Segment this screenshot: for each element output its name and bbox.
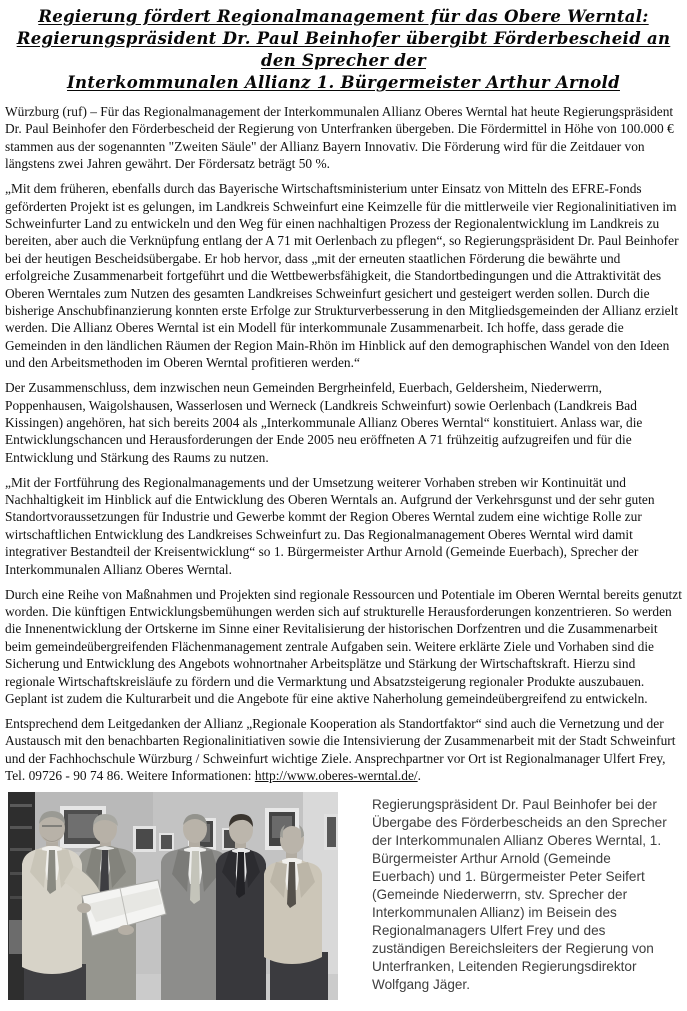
article-body: Würzburg (ruf) – Für das Regionalmanagem… — [5, 103, 682, 785]
paragraph-quote-beinhofer: „Mit dem früheren, ebenfalls durch das B… — [5, 180, 682, 371]
contact-suffix: . — [418, 768, 421, 783]
photo-caption: Regierungspräsident Dr. Paul Beinhofer b… — [372, 796, 677, 994]
paragraph-alliance-members: Der Zusammenschluss, dem inzwischen neun… — [5, 379, 682, 466]
title-line-3: Interkommunalen Allianz 1. Bürgermeister… — [5, 72, 682, 94]
website-link[interactable]: http://www.oberes-werntal.de/ — [255, 768, 418, 783]
paragraph-intro: Würzburg (ruf) – Für das Regionalmanagem… — [5, 103, 682, 173]
title-line-2: Regierungspräsident Dr. Paul Beinhofer ü… — [5, 28, 682, 72]
article-title: Regierung fördert Regionalmanagement für… — [5, 6, 682, 94]
figure-section: Regierungspräsident Dr. Paul Beinhofer b… — [5, 792, 682, 1000]
paragraph-goals: Durch eine Reihe von Maßnahmen und Proje… — [5, 586, 682, 708]
group-photo-illustration — [8, 792, 338, 1000]
paragraph-contact: Entsprechend dem Leitgedanken der Allian… — [5, 715, 682, 785]
group-photo — [8, 792, 338, 1000]
press-release-page: Regierung fördert Regionalmanagement für… — [0, 0, 687, 1011]
paragraph-quote-arnold: „Mit der Fortführung des Regionalmanagem… — [5, 474, 682, 578]
title-line-1: Regierung fördert Regionalmanagement für… — [5, 6, 682, 28]
